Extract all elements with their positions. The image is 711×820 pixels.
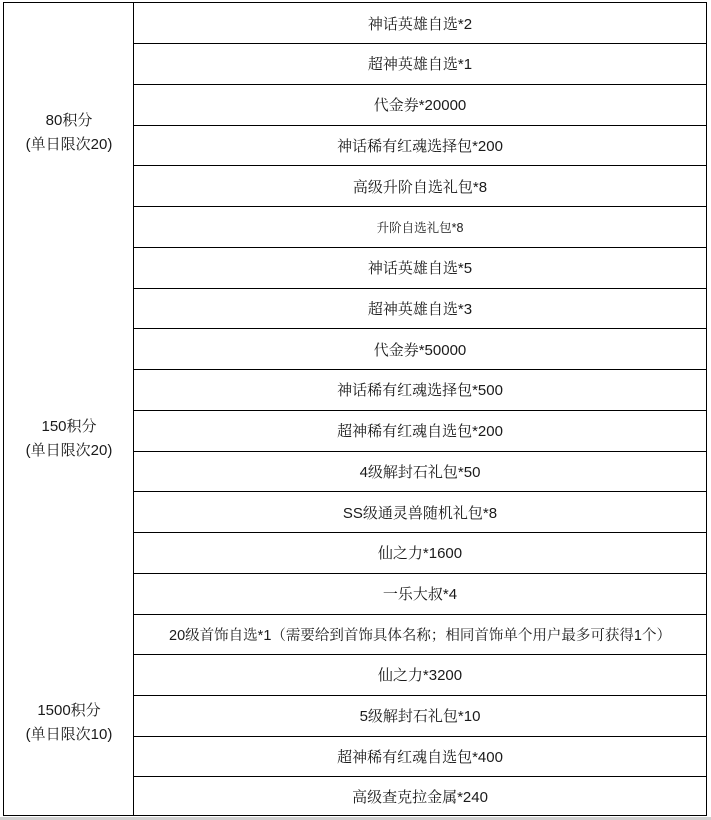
tier-points: 1500积分	[4, 699, 134, 723]
tier-80: 80积分 (单日限次20)	[4, 109, 134, 157]
reward-row: 20级首饰自选*1（需要给到首饰具体名称；相同首饰单个用户最多可获得1个）	[134, 615, 706, 656]
reward-row: SS级通灵兽随机礼包*8	[134, 492, 706, 533]
points-tier-column: 80积分 (单日限次20) 150积分 (单日限次20) 1500积分 (单日限…	[4, 3, 134, 815]
reward-row: 神话英雄自选*5	[134, 248, 706, 289]
reward-row: 一乐大叔*4	[134, 574, 706, 615]
tier-limit: (单日限次10)	[4, 723, 134, 747]
reward-row: 神话稀有红魂选择包*200	[134, 126, 706, 167]
tier-1500: 1500积分 (单日限次10)	[4, 699, 134, 747]
tier-limit: (单日限次20)	[4, 133, 134, 157]
tier-points: 150积分	[4, 415, 134, 439]
reward-row: 神话英雄自选*2	[134, 3, 706, 44]
reward-row: 超神英雄自选*3	[134, 289, 706, 330]
reward-row: 升阶自选礼包*8	[134, 207, 706, 248]
reward-row: 仙之力*1600	[134, 533, 706, 574]
reward-row: 超神稀有红魂自选包*200	[134, 411, 706, 452]
reward-table: 80积分 (单日限次20) 150积分 (单日限次20) 1500积分 (单日限…	[3, 2, 707, 816]
reward-row: 神话稀有红魂选择包*500	[134, 370, 706, 411]
reward-row: 仙之力*3200	[134, 655, 706, 696]
reward-row: 超神英雄自选*1	[134, 44, 706, 85]
reward-items-column: 神话英雄自选*2 超神英雄自选*1 代金券*20000 神话稀有红魂选择包*20…	[134, 3, 706, 815]
tier-150: 150积分 (单日限次20)	[4, 415, 134, 463]
reward-row: 4级解封石礼包*50	[134, 452, 706, 493]
tier-points: 80积分	[4, 109, 134, 133]
reward-row: 代金券*50000	[134, 329, 706, 370]
reward-row: 超神稀有红魂自选包*400	[134, 737, 706, 778]
reward-row: 高级升阶自选礼包*8	[134, 166, 706, 207]
reward-row: 代金券*20000	[134, 85, 706, 126]
reward-row: 高级查克拉金属*240	[134, 777, 706, 815]
reward-row: 5级解封石礼包*10	[134, 696, 706, 737]
tier-limit: (单日限次20)	[4, 439, 134, 463]
